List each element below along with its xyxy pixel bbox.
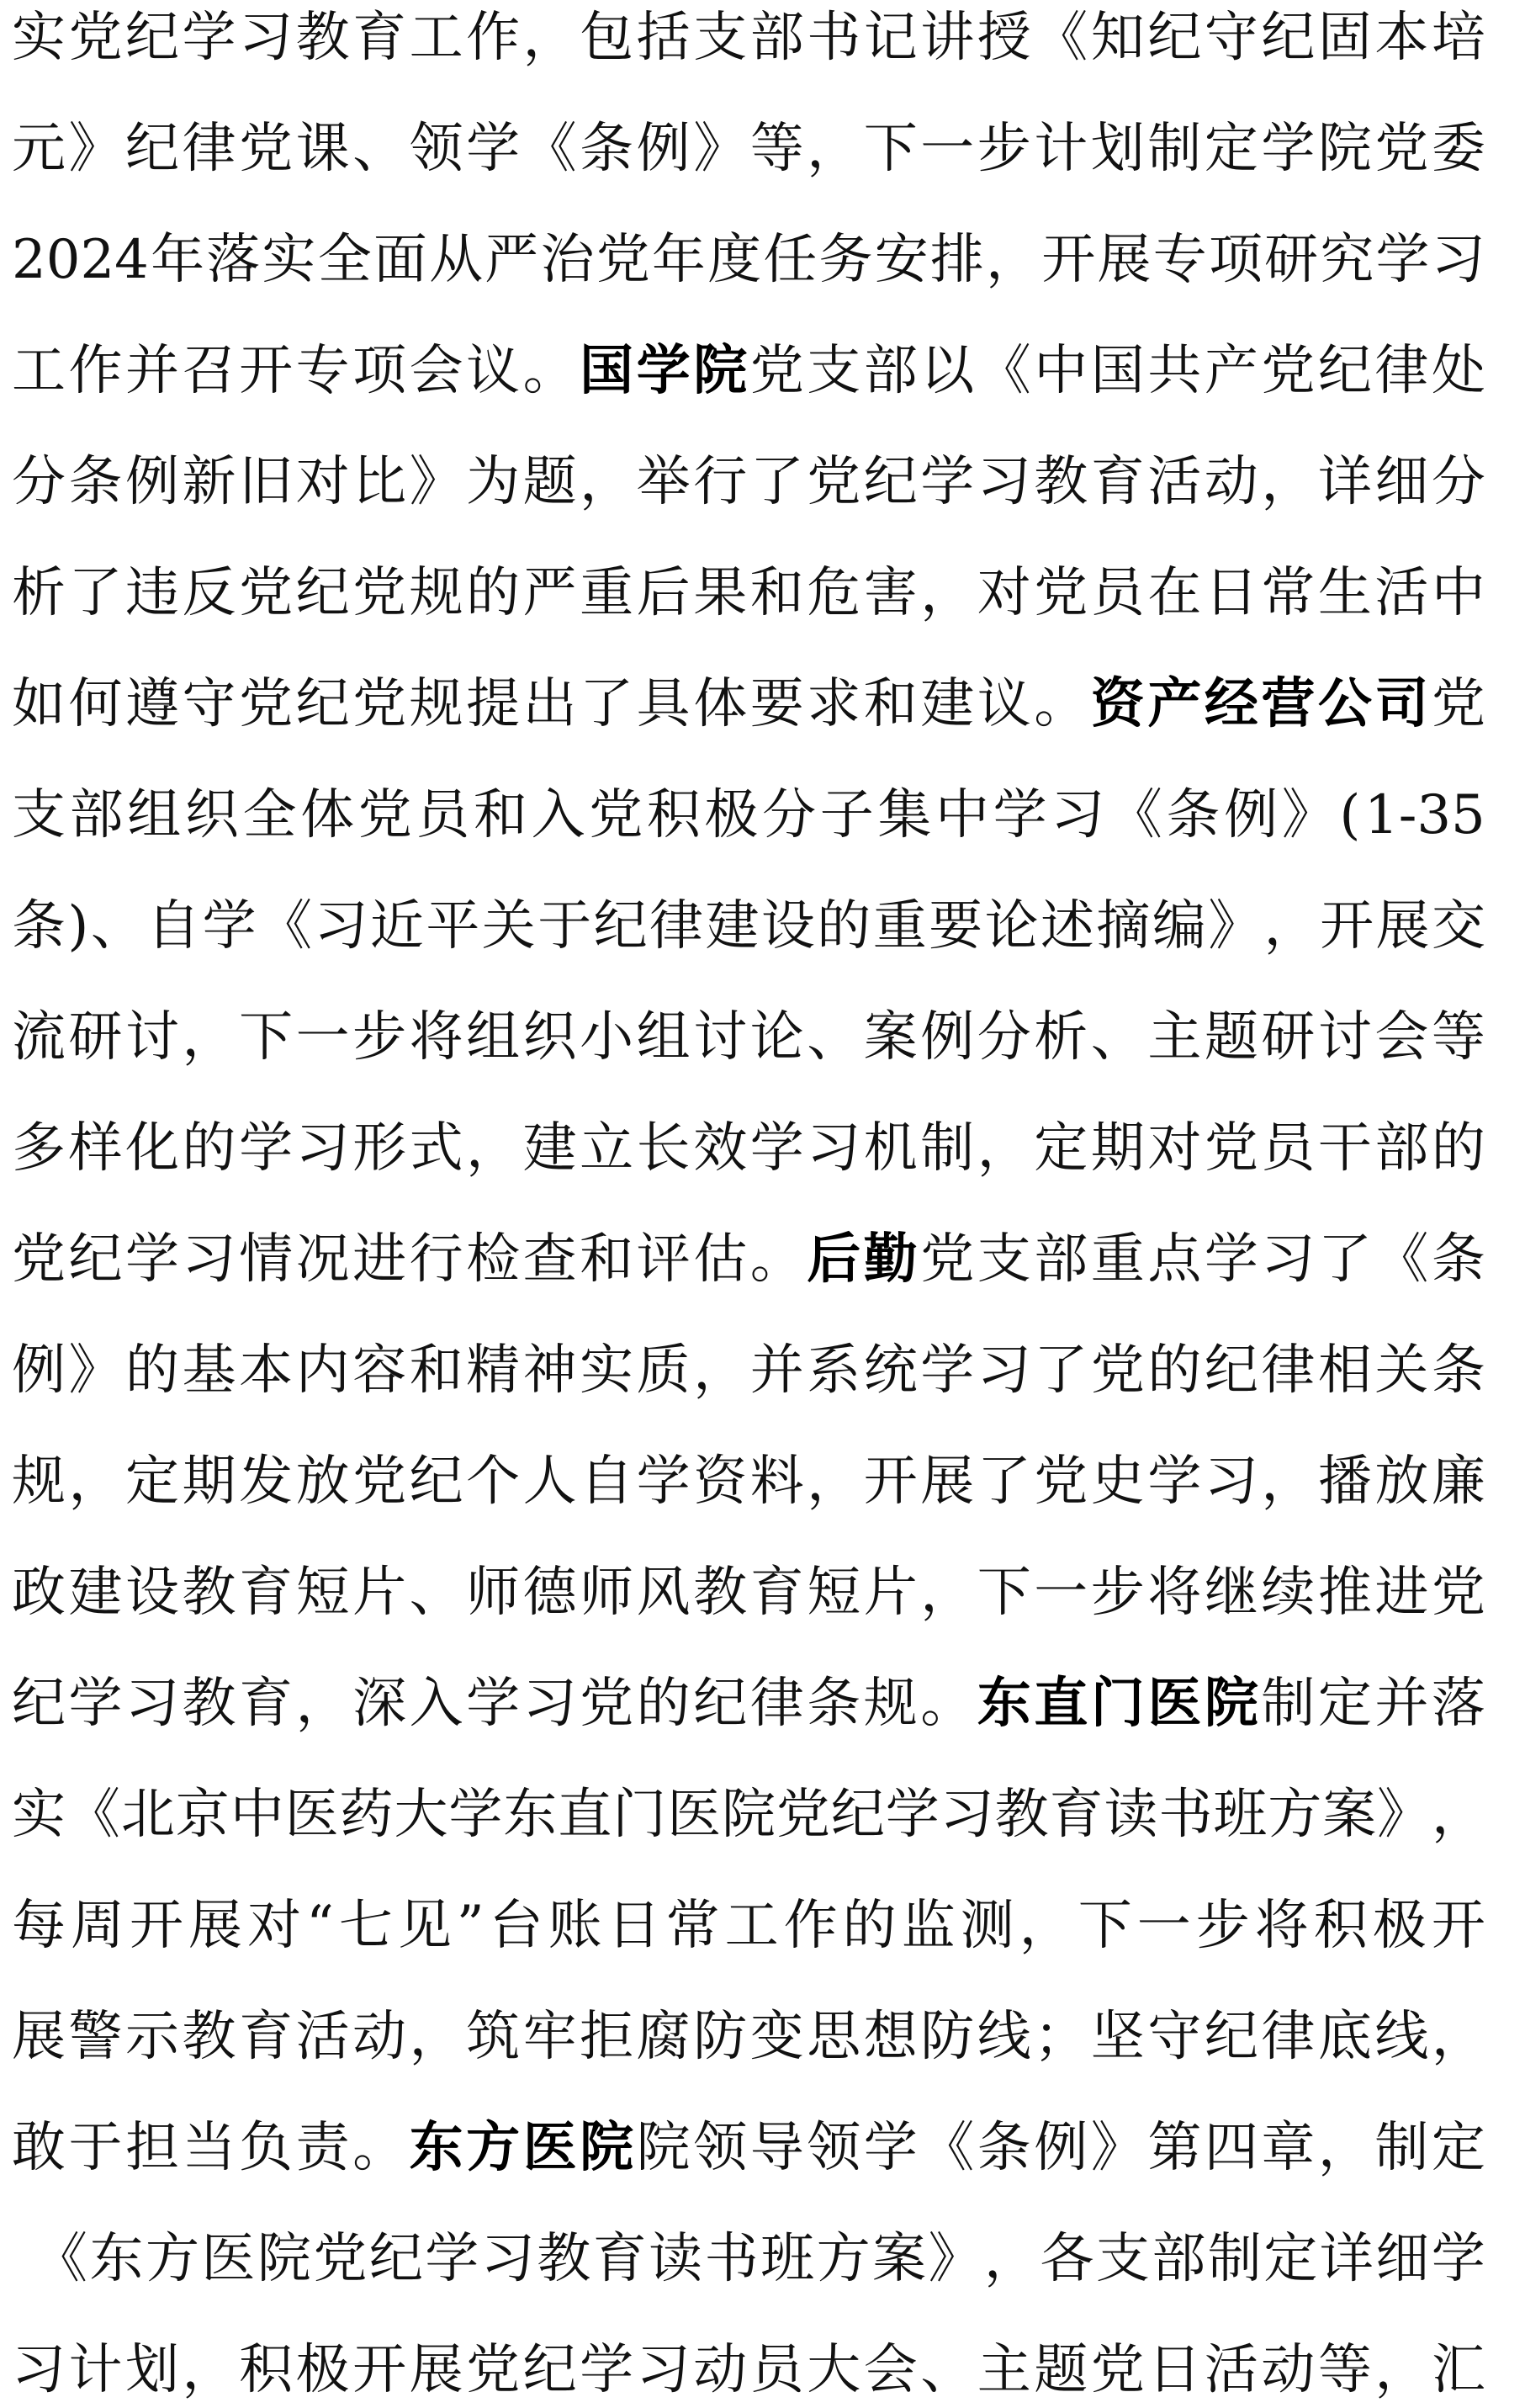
text-glyph: 、: [91, 893, 145, 960]
text-glyph: 定: [1034, 1115, 1088, 1182]
text-glyph: 大: [394, 1781, 447, 1848]
text-glyph: 细: [1375, 2225, 1429, 2293]
text-glyph: 党: [807, 448, 860, 516]
text-glyph: 思: [807, 2003, 860, 2071]
text-glyph: 规: [410, 671, 463, 738]
text-glyph: 下: [239, 1004, 293, 1071]
text-glyph: 员: [1091, 560, 1145, 627]
text-glyph: 学: [637, 1448, 691, 1515]
text-glyph: 《: [258, 893, 312, 960]
text-glyph: 例: [1034, 2114, 1088, 2182]
text-glyph: 。: [750, 1226, 804, 1293]
text-glyph: 神: [523, 1337, 577, 1404]
text-glyph: 。: [1034, 671, 1088, 738]
text-line: 如何遵守党纪党规提出了具体要求和建议。资产经营公司党: [12, 671, 1485, 738]
text-glyph: 织: [185, 782, 239, 849]
text-glyph: 学: [1205, 1226, 1258, 1293]
text-glyph: 班: [1213, 1781, 1267, 1848]
text-glyph: 支: [693, 4, 747, 72]
text-glyph: 东: [89, 2225, 143, 2293]
text-glyph: 习: [296, 1115, 350, 1182]
bold-org-name-glyph: 经: [1205, 671, 1258, 738]
text-glyph: 研: [1264, 226, 1318, 294]
text-glyph: 务: [819, 226, 873, 294]
text-glyph: ，: [807, 115, 860, 183]
text-glyph: 部: [1152, 2225, 1205, 2293]
text-line-content: 分条例新旧对比》为题，举行了党纪学习教育活动，详细分: [12, 448, 1485, 516]
text-glyph: 展: [12, 2003, 66, 2071]
text-glyph: 育: [239, 1559, 293, 1626]
text-glyph: 划: [125, 2336, 179, 2404]
text-glyph: 党: [352, 671, 406, 738]
text-glyph: 续: [1261, 1559, 1315, 1626]
text-line-content: 多样化的学习形式，建立长效学习机制，定期对党员干部的: [12, 1115, 1485, 1182]
text-glyph: 治: [541, 226, 595, 294]
text-glyph: 》: [69, 1337, 123, 1404]
text-glyph: 线: [977, 2003, 1031, 2071]
text-glyph: 开: [239, 337, 293, 405]
text-glyph: 放: [1374, 1448, 1428, 1515]
text-glyph: 展: [1376, 893, 1430, 960]
text-glyph: 教: [995, 1781, 1049, 1848]
text-glyph: 的: [1432, 1115, 1485, 1182]
text-glyph: 何: [69, 671, 123, 738]
text-glyph: 习: [523, 1670, 577, 1737]
text-glyph: 关: [482, 893, 536, 960]
text-glyph: 医: [285, 1781, 339, 1848]
text-glyph: 建: [705, 893, 759, 960]
text-glyph: 推: [1318, 1559, 1372, 1626]
text-glyph: 、: [807, 1004, 860, 1071]
text-glyph: 教: [537, 2225, 590, 2293]
text-glyph: 摘: [1096, 893, 1150, 960]
text-glyph: 党: [69, 4, 123, 72]
text-glyph: 案: [864, 1004, 918, 1071]
text-glyph: ，: [580, 448, 633, 516]
text-glyph: 学: [425, 2225, 479, 2293]
text-glyph: 律: [1374, 337, 1428, 405]
text-glyph: ，: [1264, 893, 1318, 960]
text-glyph: 题: [523, 448, 577, 516]
text-glyph: 议: [977, 671, 1031, 738]
text-line: 析了违反党纪党规的严重后果和危害，对党员在日常生活中: [12, 560, 1485, 627]
text-glyph: 教: [296, 4, 350, 72]
text-glyph: 集: [877, 782, 931, 849]
text-glyph: 教: [1034, 448, 1088, 516]
text-glyph: 规: [12, 1448, 66, 1515]
text-glyph: 员: [1261, 1115, 1315, 1182]
text-glyph: 习: [1432, 226, 1485, 294]
text-glyph: 短: [296, 1559, 350, 1626]
text-glyph: 风: [637, 1559, 691, 1626]
text-glyph: 和: [580, 1226, 633, 1293]
text-glyph: 党: [1034, 1448, 1088, 1515]
text-glyph: 院: [637, 2114, 691, 2182]
text-line-content: 纪学习教育，深入学习党的纪律条规。东直门医院制定并落: [12, 1670, 1485, 1737]
text-glyph: 作: [784, 1892, 838, 1960]
text-glyph: 。: [523, 337, 577, 405]
text-glyph: 习: [12, 2336, 66, 2404]
text-glyph: 于: [537, 893, 591, 960]
text-glyph: 化: [125, 1115, 179, 1182]
text-glyph: 本: [239, 1337, 293, 1404]
text-glyph: 院: [1318, 115, 1372, 183]
text-glyph: 守: [1205, 4, 1258, 72]
text-glyph: 将: [410, 1004, 463, 1071]
text-glyph: 包: [580, 4, 633, 72]
text-glyph: 纪: [125, 4, 179, 72]
text-glyph: 开: [1320, 893, 1374, 960]
bold-org-name-glyph: 东: [977, 1670, 1031, 1737]
text-glyph: 2024: [12, 226, 149, 294]
text-glyph: 纪: [69, 1226, 123, 1293]
text-glyph: 敢: [12, 2114, 66, 2182]
text-glyph: 遵: [125, 671, 179, 738]
text-glyph: 编: [1152, 893, 1206, 960]
text-line-content: 《东方医院党纪学习教育读书班方案》，各支部制定详细学: [34, 2225, 1485, 2293]
text-glyph: ，: [1374, 2336, 1428, 2404]
text-glyph: 班: [760, 2225, 814, 2293]
text-line-content: 支部组织全体党员和入党积极分子集中学习《条例》(1-35: [12, 782, 1485, 849]
text-glyph: 出: [523, 671, 577, 738]
text-glyph: 的: [843, 1892, 897, 1960]
text-line: 党纪学习情况进行检查和评估。后勤党支部重点学习了《条: [12, 1226, 1485, 1293]
text-glyph: 学: [864, 2114, 918, 2182]
text-glyph: ，: [466, 1115, 520, 1182]
text-glyph: 具: [637, 671, 691, 738]
text-glyph: 行: [410, 1226, 463, 1293]
text-glyph: 负: [239, 2114, 293, 2182]
text-glyph: 继: [1205, 1559, 1258, 1626]
text-glyph: 第: [1147, 2114, 1201, 2182]
text-glyph: 小: [580, 1004, 633, 1071]
text-line: 支部组织全体党员和入党积极分子集中学习《条例》(1-35: [12, 782, 1485, 849]
text-glyph: 纪: [864, 448, 918, 516]
text-line-content: 敢于担当负责。东方医院院领导领学《条例》第四章，制定: [12, 2114, 1485, 2182]
text-glyph: 落: [206, 226, 260, 294]
text-glyph: 严: [523, 560, 577, 627]
text-glyph: 危: [807, 560, 860, 627]
text-glyph: 》: [410, 448, 463, 516]
text-glyph: 开: [1041, 226, 1095, 294]
text-glyph: 》: [1377, 1781, 1431, 1848]
text-glyph: 《: [1109, 782, 1162, 849]
text-glyph: 党: [1034, 560, 1088, 627]
text-glyph: 条: [12, 893, 66, 960]
text-glyph: 等: [1432, 1004, 1485, 1071]
text-glyph: 习: [239, 4, 293, 72]
text-line-content: 工作并召开专项会议。国学院党支部以《中国共产党纪律处: [12, 337, 1485, 405]
bold-org-name-glyph: 东: [410, 2114, 463, 2182]
text-glyph: 例: [125, 448, 179, 516]
text-glyph: 近: [370, 893, 424, 960]
text-glyph: 习: [1205, 1448, 1258, 1515]
text-glyph: 当: [183, 2114, 236, 2182]
text-glyph: 条: [807, 1670, 860, 1737]
text-glyph: 》: [693, 115, 747, 183]
text-glyph: 学: [993, 782, 1047, 849]
text-glyph: 划: [1091, 115, 1145, 183]
text-glyph: 党: [1091, 2336, 1145, 2404]
text-glyph: 党: [239, 115, 293, 183]
text-glyph: 党: [239, 671, 293, 738]
text-line-content: 每周开展对“七见”台账日常工作的监测，下一步将积极开: [12, 1892, 1485, 1960]
text-line: 2024年落实全面从严治党年度任务安排，开展专项研究学习: [12, 226, 1485, 294]
text-line: 实党纪学习教育工作，包括支部书记讲授《知纪守纪固本培: [12, 4, 1485, 72]
text-glyph: 习: [125, 1670, 179, 1737]
text-glyph: 教: [183, 2003, 236, 2071]
text-line: 政建设教育短片、师德师风教育短片，下一步将继续推进党: [12, 1559, 1485, 1626]
text-glyph: 作: [466, 4, 520, 72]
text-glyph: 领: [410, 115, 463, 183]
text-glyph: 详: [1318, 448, 1372, 516]
text-glyph: 纪: [594, 893, 648, 960]
text-glyph: 下: [1078, 1892, 1132, 1960]
text-glyph: 织: [523, 1004, 577, 1071]
text-glyph: ，: [1019, 1892, 1073, 1960]
text-line: 展警示教育活动，筑牢拒腐防变思想防线；坚守纪律底线，: [12, 2003, 1485, 2071]
text-glyph: 》: [69, 115, 123, 183]
bold-org-name-glyph: 方: [466, 2114, 520, 2182]
text-glyph: 自: [146, 893, 200, 960]
text-glyph: 党: [920, 1226, 974, 1293]
text-glyph: 纪: [1318, 337, 1372, 405]
text-glyph: 立: [580, 1115, 633, 1182]
text-line-content: 展警示教育活动，筑牢拒腐防变思想防线；坚守纪律底线，: [12, 2003, 1485, 2071]
text-glyph: 日: [1147, 2336, 1201, 2404]
bold-org-name-glyph: 医: [1147, 1670, 1201, 1737]
bold-org-name-glyph: 后: [807, 1226, 860, 1293]
text-glyph: 方: [146, 2225, 199, 2293]
text-glyph: 》: [1282, 782, 1336, 849]
text-glyph: 案: [1322, 1781, 1376, 1848]
text-glyph: 领: [693, 2114, 747, 2182]
text-glyph: 在: [1147, 560, 1201, 627]
text-line-content: 规，定期发放党纪个人自学资料，开展了党史学习，播放廉: [12, 1448, 1485, 1515]
text-glyph: 医: [201, 2225, 255, 2293]
text-glyph: 开: [1432, 1892, 1485, 1960]
text-glyph: 下: [977, 1559, 1031, 1626]
text-glyph: 学: [1261, 115, 1315, 183]
text-line-content: 实党纪学习教育工作，包括支部书记讲授《知纪守纪固本培: [12, 4, 1485, 72]
text-glyph: 纪: [1205, 1337, 1258, 1404]
text-glyph: 组: [127, 782, 181, 849]
text-line-content: 条)、自学《习近平关于纪律建设的重要论述摘编》，开展交: [12, 893, 1485, 960]
text-glyph: ，: [920, 560, 974, 627]
text-glyph: 台: [490, 1892, 543, 1960]
text-glyph: 关: [1374, 1337, 1428, 1404]
text-glyph: 导: [750, 2114, 804, 2182]
text-glyph: 括: [637, 4, 691, 72]
text-glyph: 制: [1208, 2225, 1262, 2293]
text-glyph: 比: [352, 448, 406, 516]
text-glyph: 学: [750, 1115, 804, 1182]
text-glyph: 大: [807, 2336, 860, 2404]
text-glyph: 习: [481, 2225, 535, 2293]
text-glyph: 料: [750, 1448, 804, 1515]
bold-org-name-glyph: 国: [580, 337, 633, 405]
text-glyph: 党: [1432, 671, 1485, 738]
text-glyph: 北: [121, 1781, 175, 1848]
text-glyph: 将: [1147, 1559, 1201, 1626]
text-glyph: 条: [1432, 1337, 1485, 1404]
text-glyph: 提: [466, 671, 520, 738]
text-glyph: 习: [940, 1781, 994, 1848]
text-glyph: 了: [1034, 1337, 1088, 1404]
text-glyph: 动: [352, 2003, 406, 2071]
text-glyph: 防: [920, 2003, 974, 2071]
text-glyph: 短: [807, 1559, 860, 1626]
text-glyph: 定: [125, 1448, 179, 1515]
text-glyph: 如: [12, 671, 66, 738]
bold-org-name-glyph: 院: [693, 337, 747, 405]
text-line: 每周开展对“七见”台账日常工作的监测，下一步将积极开: [12, 1892, 1485, 1960]
text-glyph: 对: [296, 448, 350, 516]
text-glyph: 全: [243, 782, 297, 849]
text-glyph: 播: [1318, 1448, 1372, 1515]
text-glyph: 读: [1104, 1781, 1157, 1848]
text-glyph: 资: [693, 1448, 747, 1515]
text-glyph: 长: [637, 1115, 691, 1182]
text-glyph: 教: [693, 1559, 747, 1626]
text-glyph: 估: [693, 1226, 747, 1293]
text-glyph: 案: [872, 2225, 926, 2293]
text-glyph: 片: [352, 1559, 406, 1626]
text-glyph: 从: [429, 226, 483, 294]
text-glyph: 教: [183, 1670, 236, 1737]
text-glyph: 纪: [296, 560, 350, 627]
text-glyph: 腐: [637, 2003, 691, 2071]
text-line-content: 流研讨，下一步将组织小组讨论、案例分析、主题研讨会等: [12, 1004, 1485, 1071]
text-glyph: 对: [977, 560, 1031, 627]
text-glyph: 共: [1147, 337, 1201, 405]
text-glyph: 检: [466, 1226, 520, 1293]
text-glyph: 自: [580, 1448, 633, 1515]
text-glyph: 想: [864, 2003, 918, 2071]
text-glyph: 制: [1261, 1670, 1315, 1737]
text-glyph: 委: [1432, 115, 1485, 183]
text-glyph: 实: [12, 4, 66, 72]
text-glyph: ”: [457, 1892, 485, 1960]
text-line: 元》纪律党课、领学《条例》等，下一步计划制定学院党委: [12, 115, 1485, 183]
text-glyph: 积: [647, 782, 701, 849]
text-glyph: 中: [1034, 337, 1088, 405]
text-glyph: 生: [1318, 560, 1372, 627]
text-glyph: 拒: [580, 2003, 633, 2071]
text-glyph: 常: [1261, 560, 1315, 627]
text-glyph: 工: [725, 1892, 779, 1960]
text-glyph: 《: [1374, 1226, 1428, 1293]
text-glyph: 周: [71, 1892, 124, 1960]
text-glyph: 重: [580, 560, 633, 627]
text-glyph: 实: [262, 226, 315, 294]
text-glyph: 工: [410, 4, 463, 72]
text-glyph: 实: [580, 1337, 633, 1404]
text-glyph: 安: [875, 226, 929, 294]
text-glyph: 的: [466, 560, 520, 627]
text-glyph: 全: [318, 226, 372, 294]
text-glyph: 担: [125, 2114, 179, 2182]
text-line: 流研讨，下一步将组织小组讨论、案例分析、主题研讨会等: [12, 1004, 1485, 1071]
text-glyph: 条: [1167, 782, 1221, 849]
text-glyph: 一: [920, 115, 974, 183]
text-glyph: 面: [373, 226, 427, 294]
text-glyph: 师: [580, 1559, 633, 1626]
text-glyph: 测: [961, 1892, 1014, 1960]
text-glyph: 了: [1318, 1226, 1372, 1293]
text-glyph: 、: [410, 1559, 463, 1626]
text-glyph: 的: [817, 893, 871, 960]
text-glyph: 记: [864, 4, 918, 72]
text-glyph: ，: [807, 1448, 860, 1515]
text-glyph: 党: [1205, 1115, 1258, 1182]
text-glyph: 学: [920, 1337, 974, 1404]
text-glyph: 以: [920, 337, 974, 405]
text-glyph: 并: [1374, 1670, 1428, 1737]
text-glyph: 深: [352, 1670, 406, 1737]
text-glyph: 个: [466, 1448, 520, 1515]
text-glyph: 活: [1205, 2336, 1258, 2404]
text-glyph: 党: [1374, 115, 1428, 183]
text-glyph: 方: [817, 2225, 871, 2293]
text-glyph: 守: [183, 671, 236, 738]
bold-org-name-glyph: 门: [1091, 1670, 1145, 1737]
text-glyph: 研: [69, 1004, 123, 1071]
text-glyph: 固: [1318, 4, 1372, 72]
text-glyph: ，: [977, 1115, 1031, 1182]
text-glyph: 书: [1158, 1781, 1212, 1848]
bold-org-name-glyph: 司: [1374, 671, 1428, 738]
text-glyph: 等: [1318, 2336, 1372, 2404]
text-glyph: 究: [1320, 226, 1374, 294]
text-glyph: 建: [69, 1559, 123, 1626]
text-glyph: ，: [523, 4, 577, 72]
text-glyph: 部: [1374, 1115, 1428, 1182]
text-glyph: 例: [12, 1337, 66, 1404]
text-glyph: 产: [1205, 337, 1258, 405]
text-glyph: 章: [1261, 2114, 1315, 2182]
text-glyph: 党: [1261, 337, 1315, 405]
text-glyph: 旧: [239, 448, 293, 516]
text-glyph: 律: [1261, 2003, 1315, 2071]
text-glyph: 育: [239, 2003, 293, 2071]
text-glyph: 坚: [1091, 2003, 1145, 2071]
text-glyph: 题: [1034, 2336, 1088, 2404]
text-glyph: 党: [358, 782, 412, 849]
text-glyph: ，: [1432, 2003, 1485, 2071]
text-glyph: 账: [548, 1892, 602, 1960]
text-glyph: 党: [313, 2225, 367, 2293]
text-glyph: 积: [239, 2336, 293, 2404]
text-line-content: 实《北京中医药大学东直门医院党纪学习教育读书班方案》，: [12, 1781, 1485, 1848]
text-glyph: 展: [188, 1892, 242, 1960]
text-glyph: 习: [1261, 1226, 1315, 1293]
text-glyph: 作: [69, 337, 123, 405]
text-glyph: 人: [523, 1448, 577, 1515]
text-glyph: 活: [296, 2003, 350, 2071]
text-glyph: 习: [637, 2336, 691, 2404]
text-glyph: 专: [1153, 226, 1207, 294]
text-glyph: 律: [1261, 1337, 1315, 1404]
text-glyph: 一: [1137, 1892, 1191, 1960]
text-glyph: 师: [466, 1559, 520, 1626]
text-glyph: 将: [1255, 1892, 1309, 1960]
text-glyph: 片: [864, 1559, 918, 1626]
text-line: 纪学习教育，深入学习党的纪律条规。东直门医院制定并落: [12, 1670, 1485, 1737]
text-glyph: 党: [466, 2336, 520, 2404]
text-glyph: 多: [12, 1115, 66, 1182]
text-glyph: 了: [69, 560, 123, 627]
